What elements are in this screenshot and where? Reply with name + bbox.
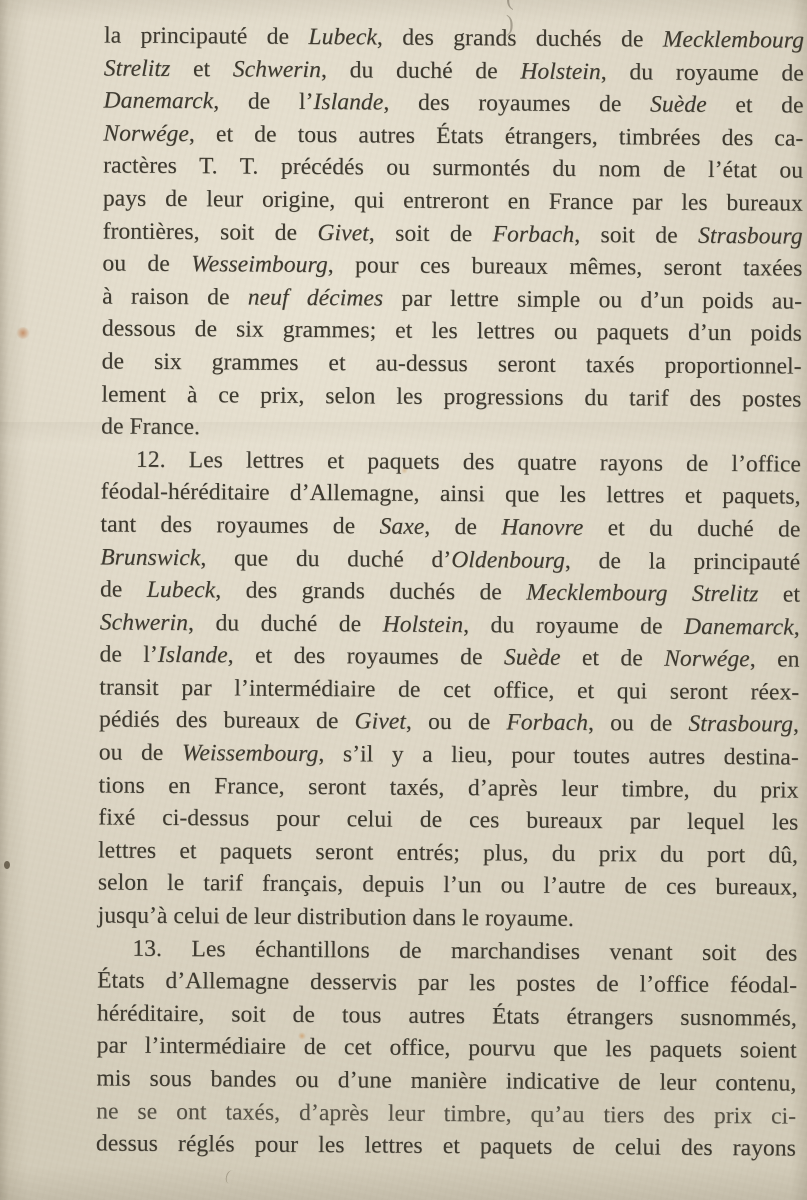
text-segment: , ou de [588,710,689,737]
document-page: ( ) la principauté de Lubeck, des grands… [0,0,807,1200]
text-segment: , [794,614,800,640]
text-segment: la principauté de [104,22,309,49]
text-line-16: tant des royaumes de Saxe, de Hanovre et… [100,508,800,546]
text-segment: 13. Les échantillons de marchandises ven… [132,935,797,966]
text-segment: , et des royaumes de [228,643,504,671]
italic-text-segment: Forbach [506,710,588,737]
text-segment: , de [424,514,501,541]
italic-text-segment: Schwerin [233,56,321,83]
text-segment: ou de [99,739,182,766]
text-segment: à raison de [102,283,248,310]
text-line-2: Strelitz et Schwerin, du duché de Holste… [104,52,804,90]
text-segment: mis sous bandes ou d’une manière indicat… [96,1065,796,1096]
text-line-25: fixé ci-dessus pour celui de ces bureaux… [98,802,798,840]
text-line-22: pédiés des bureaux de Givet, ou de Forba… [99,704,799,742]
text-segment: tant des royaumes de [100,511,379,539]
text-line-4: Norwége, et de tous autres États étrange… [103,117,803,155]
text-line-34: ne se ont taxés, d’après leur timbre, qu… [96,1095,796,1133]
text-line-20: de l’Islande, et des royaumes de Suède e… [99,639,799,677]
text-line-1: la principauté de Lubeck, des grands duc… [104,19,804,57]
italic-text-segment: Oldenbourg [451,547,565,574]
text-line-15: féodal-héréditaire d’Allemagne, ainsi qu… [101,476,801,514]
text-segment: , s’il y a lieu, pour toutes autres dest… [318,741,799,771]
text-line-23: ou de Weissembourg, s’il y a lieu, pour … [99,736,799,774]
text-segment: , soit de [574,221,698,248]
text-line-9: à raison de neuf décimes par lettre simp… [102,280,802,318]
italic-text-segment: neuf décimes [248,284,384,311]
foxing-spot [401,467,408,474]
text-segment: ou de [102,251,191,278]
text-segment: par lettre simple ou d’un poids au- [383,285,802,314]
text-line-11: de six grammes et au-dessus seront taxés… [102,345,802,383]
italic-text-segment: Strasbourg [698,222,803,249]
text-line-5: ractères T. T. précédés ou surmontés du … [103,150,803,188]
text-line-21: transit par l’intermédiaire de cet offic… [99,671,799,709]
text-line-24: tions en France, seront taxés, d’après l… [98,769,798,807]
text-line-17: Brunswick, que du duché d’Oldenbourg, de… [100,541,800,579]
text-segment: et [758,581,800,607]
text-segment: frontières, soit de [103,218,318,246]
text-segment: féodal-héréditaire d’Allemagne, ainsi qu… [101,479,801,510]
text-segment: , du royaume de [463,612,684,640]
text-line-35: dessus réglés pour les lettres et paquet… [96,1128,796,1166]
text-line-13: de France. [101,411,801,449]
text-segment: lettres et paquets seront entrés; plus, … [98,837,798,868]
italic-text-segment: Wesseimbourg [191,251,328,278]
text-segment: selon le tarif français, depuis l’un ou … [98,870,798,901]
text-line-14: 12. Les lettres et paquets des quatre ra… [101,443,801,481]
text-segment: de l’ [99,642,158,668]
text-segment: , en [750,646,800,672]
text-segment: transit par l’intermédiaire de cet offic… [99,674,799,705]
text-segment: et de [560,645,664,672]
italic-text-segment: Givet [317,220,369,246]
italic-text-segment: Danemarck [104,88,214,115]
text-segment: et du duché de [583,515,800,543]
italic-text-segment: Islande [313,89,383,116]
foxing-spot [16,327,30,339]
text-segment: pédiés des bureaux de [99,707,355,735]
text-line-30: États d’Allemagne desservis par les post… [97,965,797,1003]
text-segment: , que du duché d’ [200,545,451,573]
text-segment: par l’intermédiaire de cet office, pourv… [97,1033,797,1064]
text-segment: , des grands duchés de [377,24,663,52]
text-line-26: lettres et paquets seront entrés; plus, … [98,834,798,872]
italic-text-segment: Mecklembourg [663,27,804,54]
text-segment: , des grands duchés de [215,577,526,605]
text-line-19: Schwerin, du duché de Holstein, du royau… [100,606,800,644]
italic-text-segment: Strelitz [104,55,171,81]
stray-ink-mark [224,1169,237,1185]
text-line-3: Danemarck, de l’Islande, des royaumes de… [103,85,803,123]
text-line-10: dessous de six grammes; et les lettres o… [102,313,802,351]
text-segment: ne se ont taxés, d’après leur timbre, qu… [96,1098,796,1129]
italic-text-segment: Givet [354,709,406,735]
text-segment: États d’Allemagne desservis par les post… [97,968,797,999]
italic-text-segment: Lubeck [308,24,377,51]
italic-text-segment: Schwerin [100,609,188,636]
text-segment: , et de tous autres États étrangers, tim… [189,121,804,152]
italic-text-segment: Suède [650,92,707,118]
italic-text-segment: Lubeck [147,577,216,604]
text-segment: dessous de six grammes; et les lettres o… [102,316,802,347]
scanned-document: { "page": { "paper_color": "#ded7c6", "i… [0,0,807,1200]
text-line-31: héréditaire, soit de tous autres États é… [97,997,797,1035]
text-segment: , pour ces bureaux mêmes, seront taxées [328,252,803,281]
text-segment: et de [707,92,804,119]
text-segment: , ou de [406,709,507,736]
text-segment: , du royaume de [601,59,804,86]
text-line-32: par l’intermédiaire de cet office, pourv… [97,1030,797,1068]
italic-text-segment: Norwége [664,646,750,673]
italic-text-segment: Saxe [379,513,424,539]
text-line-27: selon le tarif français, depuis l’un ou … [98,867,798,905]
text-segment: tions en France, seront taxés, d’après l… [98,772,798,803]
text-segment: , de l’ [213,88,313,115]
italic-text-segment: Strasbourg [688,711,793,738]
text-segment: , [793,712,799,738]
page-number-remnant: ( ) [506,0,646,7]
text-segment: , soit de [369,220,493,247]
text-segment: pays de leur origine, qui entreront en F… [103,185,803,216]
text-segment: , des royaumes de [383,90,650,118]
text-segment: fixé ci-dessus pour celui de ces bureaux… [98,805,798,836]
italic-text-segment: Holstein [520,58,601,85]
italic-text-segment: Hanovre [501,514,583,541]
text-segment: , du duché de [321,57,520,84]
text-line-28: jusqu’à celui de leur distribution dans … [98,899,798,937]
italic-text-segment: Holstein [383,611,464,638]
text-segment: , du duché de [188,610,383,637]
text-segment: ractères T. T. précédés ou surmontés du … [103,153,803,184]
italic-text-segment: Mecklembourg Strelitz [526,580,758,608]
italic-text-segment: Brunswick [100,544,200,571]
text-line-18: de Lubeck, des grands duchés de Mecklemb… [100,574,800,612]
text-segment: jusqu’à celui de leur distribution dans … [98,902,574,931]
italic-text-segment: Danemarck [684,613,794,640]
italic-text-segment: Forbach [493,221,575,248]
italic-text-segment: Islande [158,642,228,669]
text-segment: et [170,56,233,82]
text-segment: lement à ce prix, selon les progressions… [101,381,801,412]
text-line-29: 13. Les échantillons de marchandises ven… [97,932,797,970]
page-text: la principauté de Lubeck, des grands duc… [96,19,804,1165]
text-line-33: mis sous bandes ou d’une manière indicat… [96,1062,796,1100]
text-line-6: pays de leur origine, qui entreront en F… [103,182,803,220]
text-line-8: ou de Wesseimbourg, pour ces bureaux mêm… [102,248,802,286]
text-segment: héréditaire, soit de tous autres États é… [97,1000,797,1031]
text-segment: de France. [101,414,200,441]
text-segment: , de la principauté [565,547,800,575]
italic-text-segment: Suède [504,645,561,671]
text-segment: de [100,577,147,603]
text-segment: 12. Les lettres et paquets des quatre ra… [136,446,801,477]
ink-speck [4,861,10,869]
text-segment: de six grammes et au-dessus seront taxés… [102,348,802,379]
italic-text-segment: Weissembourg [182,740,319,767]
text-line-7: frontières, soit de Givet, soit de Forba… [103,215,803,253]
italic-text-segment: Norwége [103,120,189,147]
text-segment: dessus réglés pour les lettres et paquet… [96,1131,796,1162]
text-line-12: lement à ce prix, selon les progressions… [101,378,801,416]
foxing-spot [298,1032,306,1040]
